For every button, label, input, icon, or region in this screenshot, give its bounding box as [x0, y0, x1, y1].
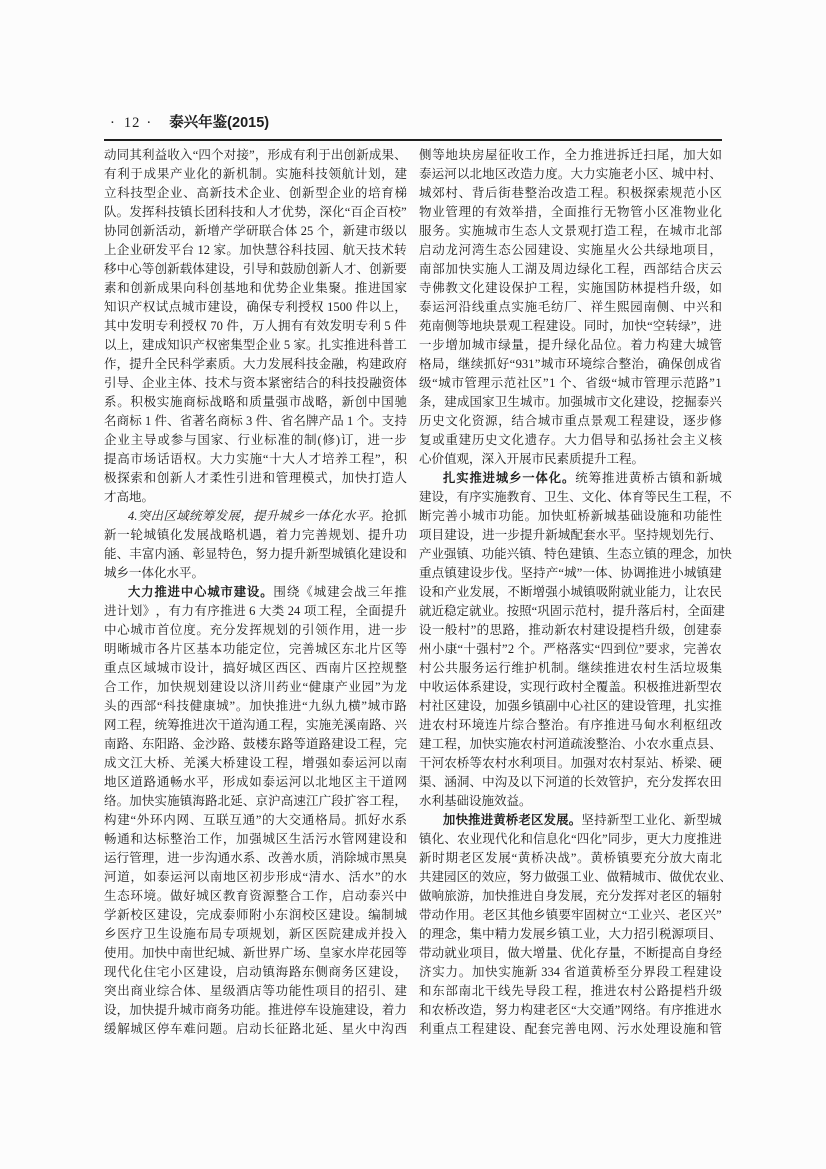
- separator-dot: ·: [146, 115, 151, 132]
- text-line: 新一轮城镇化发展战略机遇，着力完善规划、提升功: [104, 526, 407, 545]
- text-line: 构建“外环内网、互联互通”的大交通格局。抓好水系: [104, 811, 407, 830]
- separator-dot: ·: [110, 115, 115, 132]
- page-number: 12: [124, 115, 141, 132]
- text-line: 中收运体系建设，实现行政村全覆盖。积极推进新型农: [419, 678, 722, 697]
- text-line: 的理念，集中精力发展乡镇工业，大力招引税源项目、: [419, 925, 722, 944]
- yearbook-title: 泰兴年鉴(2015): [169, 111, 269, 132]
- text-line: 作，提升全民科学素质。大力发展科技金融，构建政府: [104, 355, 407, 374]
- text-line: 网工程，统筹推进次干道沟通工程，实施羌溪南路、兴: [104, 716, 407, 735]
- text-line: 服务。实施城市生态人文景观打造工程，在城市北部: [419, 222, 722, 241]
- yearbook-page: · 12 · 泰兴年鉴(2015) 动同其利益收入“四个对接”，形成有利于出创新…: [0, 0, 826, 1169]
- text-line: 济实力。加快实施新 334 省道黄桥至分界段工程建设: [419, 963, 722, 982]
- text-line: 上企业研发平台 12 家。加快慧谷科技园、航天技术转: [104, 241, 407, 260]
- text-line: 泰运河沿线重点实施毛纺厂、祥生熙园南侧、中兴和: [419, 298, 722, 317]
- text-line: 运行管理，进一步沟通水系、改善水质，消除城市黑臭: [104, 849, 407, 868]
- text-line: 立科技型企业、高新技术企业、创新型企业的培育梯: [104, 184, 407, 203]
- text-line: 企业主导或参与国家、行业标准的制(修)订，进一步: [104, 431, 407, 450]
- text-line: 素和创新成果向科创基地和优势企业集聚。推进国家: [104, 279, 407, 298]
- text-line: 合工作，加快规划建设以济川药业“健康产业园”为龙: [104, 678, 407, 697]
- text-line: 镇化、农业现代化和信息化“四化”同步，更大力度推进: [419, 830, 722, 849]
- text-line: 州小康“十强村”2 个。严格落实“四到位”要求，完善农: [419, 640, 722, 659]
- text-line: 突出商业综合体、星级酒店等功能性项目的招引、建: [104, 982, 407, 1001]
- text-line: 缓解城区停车难问题。启动长征路北延、星火中沟西: [104, 1020, 407, 1039]
- text-line: 城乡一体化水平。: [104, 564, 407, 583]
- text-line: 才高地。: [104, 488, 407, 507]
- text-line: 大力推进中心城市建设。围绕《城建会战三年推: [104, 583, 407, 602]
- text-line: 做响旅游，加快推进自身发展，充分发挥对老区的辐射: [419, 887, 722, 906]
- text-line: 南部加快实施人工湖及周边绿化工程，西部结合庆云: [419, 260, 722, 279]
- text-line: 利重点工程建设、配套完善电网、污水处理设施和管: [419, 1020, 722, 1039]
- text-line: 和东部南北干线先导段工程，推进农村公路提档升级: [419, 982, 722, 1001]
- text-line: 建设，有序实施教育、卫生、文化、体育等民生工程，不: [419, 488, 722, 507]
- text-line: 产业强镇、功能兴镇、特色建镇、生态立镇的理念，加快: [419, 545, 722, 564]
- text-line: 队。发挥科技镇长团科技和人才优势，深化“百企百校”: [104, 203, 407, 222]
- text-line: 设和产业发展，不断增强小城镇吸附就业能力，让农民: [419, 583, 722, 602]
- text-line: 以上，建成知识产权密集型企业 5 家。扎实推进科普工: [104, 336, 407, 355]
- text-line: 加快推进黄桥老区发展。坚持新型工业化、新型城: [419, 811, 722, 830]
- text-line: 启动龙河湾生态公园建设、实施星火公共绿地项目，: [419, 241, 722, 260]
- text-line: 城郊村、背后街巷整治改造工程。积极探索规范小区: [419, 184, 722, 203]
- text-line: 现代化住宅小区建设，启动镇海路东侧商务区建设，: [104, 963, 407, 982]
- text-line: 复或重建历史文化遗存。大力倡导和弘扬社会主义核: [419, 431, 722, 450]
- text-line: 明晰城市各片区基本功能定位，完善城区东北片区等: [104, 640, 407, 659]
- text-line: 历史文化资源，结合城市重点景观工程建设，逐步修: [419, 412, 722, 431]
- text-line: 有利于成果产业化的新机制。实施科技领航计划，建: [104, 165, 407, 184]
- text-columns: 动同其利益收入“四个对接”，形成有利于出创新成果、有利于成果产业化的新机制。实施…: [104, 146, 722, 1039]
- text-line: 项目建设，进一步提升新城配套水平。坚持规划先行、: [419, 526, 722, 545]
- right-column: 侧等地块房屋征收工作，全力推进拆迁扫尾，加大如泰运河以北地区改造力度。大力实施老…: [419, 146, 722, 1039]
- text-line: 一步增加城市绿量，提升绿化品位。着力构建大城管: [419, 336, 722, 355]
- text-line: 河道，如泰运河以南地区初步形成“清水、活水”的水: [104, 868, 407, 887]
- text-line: 和农桥改造，努力构建老区“大交通”网络。有序推进水: [419, 1001, 722, 1020]
- text-line: 带动作用。老区其他乡镇要牢固树立“工业兴、老区兴”: [419, 906, 722, 925]
- text-line: 提高市场话语权。大力实施“十大人才培养工程”，积: [104, 450, 407, 469]
- text-line: 进农村环境连片综合整治。有序推进马甸水利枢纽改: [419, 716, 722, 735]
- text-line: 侧等地块房屋征收工作，全力推进拆迁扫尾，加大如: [419, 146, 722, 165]
- left-column: 动同其利益收入“四个对接”，形成有利于出创新成果、有利于成果产业化的新机制。实施…: [104, 146, 407, 1039]
- text-line: 共建园区的效应，努力做强工业、做精城市、做优农业、: [419, 868, 722, 887]
- text-line: 干河农桥等农村水利项目。加强对农村泵站、桥梁、硬: [419, 754, 722, 773]
- text-line: 苑南侧等地块景观工程建设。同时，加快“空转绿”，进: [419, 317, 722, 336]
- text-line: 格局，继续抓好“931”城市环境综合整治，确保创成省: [419, 355, 722, 374]
- text-line: 进计划》，有力有序推进 6 大类 24 项工程，全面提升: [104, 602, 407, 621]
- text-line: 极探索和创新人才柔性引进和管理模式，加快打造人: [104, 469, 407, 488]
- text-line: 重点镇建设步伐。坚持产“城”一体、协调推进小城镇建: [419, 564, 722, 583]
- text-line: 就近稳定就业。按照“巩固示范村，提升落后村，全面建: [419, 602, 722, 621]
- text-line: 系。积极实施商标战略和质量强市战略，新创中国驰: [104, 393, 407, 412]
- text-line: 水利基础设施效益。: [419, 792, 722, 811]
- text-line: 中心城市首位度。充分发挥规划的引领作用，进一步: [104, 621, 407, 640]
- text-line: 断完善小城市功能。加快虹桥新城基础设施和功能性: [419, 507, 722, 526]
- text-line: 能、丰富内涵、彰显特色，努力提升新型城镇化建设和: [104, 545, 407, 564]
- text-line: 心价值观，深入开展市民素质提升工程。: [419, 450, 722, 469]
- text-line: 畅通和达标整治工作，加强城区生活污水管网建设和: [104, 830, 407, 849]
- text-line: 泰运河以北地区改造力度。大力实施老小区、城中村、: [419, 165, 722, 184]
- text-line: 其中发明专利授权 70 件，万人拥有有效发明专利 5 件: [104, 317, 407, 336]
- text-line: 重点区域城市设计，搞好城区西区、西南片区控规整: [104, 659, 407, 678]
- text-line: 渠、涵洞、中沟及以下河道的长效管护，充分发挥农田: [419, 773, 722, 792]
- text-line: 扎实推进城乡一体化。统筹推进黄桥古镇和新城: [419, 469, 722, 488]
- text-line: 设一般村”的思路，推动新农村建设提档升级，创建泰: [419, 621, 722, 640]
- text-line: 生态环境。做好城区教育资源整合工作，启动泰兴中: [104, 887, 407, 906]
- text-line: 使用。加快中南世纪城、新世界广场、皇家水岸花园等: [104, 944, 407, 963]
- text-line: 村公共服务运行维护机制。继续推进农村生活垃圾集: [419, 659, 722, 678]
- text-line: 动同其利益收入“四个对接”，形成有利于出创新成果、: [104, 146, 407, 165]
- text-line: 移中心等创新载体建设，引导和鼓励创新人才、创新要: [104, 260, 407, 279]
- text-line: 物业管理的有效举措，全面推行无物管小区准物业化: [419, 203, 722, 222]
- text-line: 设，加快提升城市商务功能。推进停车设施建设，着力: [104, 1001, 407, 1020]
- text-line: 学新校区建设，完成泰师附小东润校区建设。编制城: [104, 906, 407, 925]
- text-line: 成文江大桥、羌溪大桥建设工程，增强如泰运河以南: [104, 754, 407, 773]
- header-rule: [104, 139, 722, 141]
- text-line: 4.突出区域统筹发展，提升城乡一体化水平。抢抓: [104, 507, 407, 526]
- text-line: 带动就业项目，做大增量、优化存量，不断提高自身经: [419, 944, 722, 963]
- text-line: 名商标 1 件、省著名商标 3 件、省名牌产品 1 个。支持: [104, 412, 407, 431]
- text-line: 建工程，加快实施农村河道疏浚整治、小农水重点县、: [419, 735, 722, 754]
- text-line: 引导、企业主体、技术与资本紧密结合的科技投融资体: [104, 374, 407, 393]
- text-line: 头的西部“科技健康城”。加快推进“九纵九横”城市路: [104, 697, 407, 716]
- text-line: 条，建成国家卫生城市。加强城市文化建设，挖掘泰兴: [419, 393, 722, 412]
- text-line: 南路、东阳路、金沙路、鼓楼东路等道路建设工程，完: [104, 735, 407, 754]
- text-line: 络。加快实施镇海路北延、京沪高速江广段扩容工程，: [104, 792, 407, 811]
- text-line: 村社区建设，加强乡镇副中心社区的建设管理，扎实推: [419, 697, 722, 716]
- text-line: 协同创新活动，新增产学研联合体 25 个，新建市级以: [104, 222, 407, 241]
- text-line: 知识产权试点城市建设，确保专利授权 1500 件以上，: [104, 298, 407, 317]
- text-line: 级“城市管理示范社区”1 个、省级“城市管理示范路”1: [419, 374, 722, 393]
- page-header: · 12 · 泰兴年鉴(2015): [104, 111, 722, 132]
- text-line: 寺佛教文化建设保护工程，实施国防林提档升级，如: [419, 279, 722, 298]
- text-line: 地区道路通畅水平，形成如泰运河以北地区主干道网: [104, 773, 407, 792]
- text-line: 乡医疗卫生设施布局专项规划，新区医院建成并投入: [104, 925, 407, 944]
- text-line: 新时期老区发展“黄桥决战”。黄桥镇要充分放大南北: [419, 849, 722, 868]
